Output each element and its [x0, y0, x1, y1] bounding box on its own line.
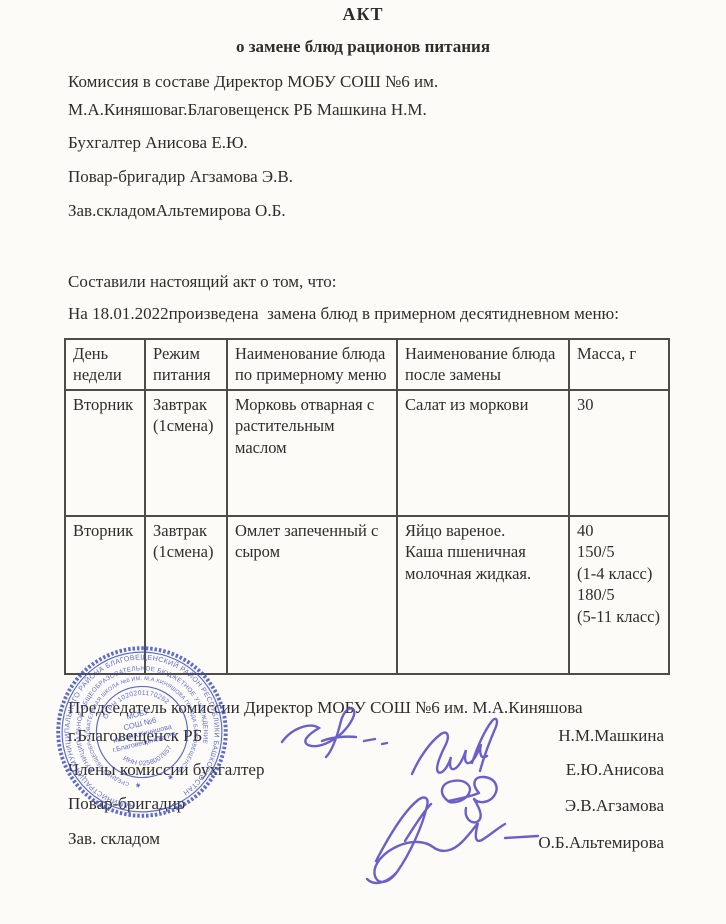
- commission-line-2: М.А.Киняшоваг.Благовещенск РБ Машкина Н.…: [68, 100, 427, 120]
- statement-line: Составили настоящий акт о том, что:: [68, 272, 337, 292]
- scanned-act-document: АКТ о замене блюд рационов питания Комис…: [0, 0, 726, 924]
- cell-dish-before: Морковь отварная с растительным маслом: [227, 390, 397, 516]
- change-line: На 18.01.2022произведена замена блюд в п…: [68, 304, 619, 324]
- table-header-row: День недели Режим питания Наименование б…: [65, 339, 669, 390]
- cell-day: Вторник: [65, 390, 145, 516]
- member-role-storekeeper: Зав. складом: [68, 829, 160, 849]
- round-official-stamp: АДМИНИСТРАЦИЯ МУНИЦИПАЛЬНОГО РАЙОНА БЛАГ…: [44, 634, 240, 830]
- cell-dish-after: Салат из моркови: [397, 390, 569, 516]
- chair-name: Н.М.Машкина: [558, 726, 664, 746]
- stamp-ring-inner-text: СРЕДНЯЯ ОБЩЕОБРАЗОВАТЕЛЬНАЯ ШКОЛА №6 ИМ.…: [74, 664, 208, 793]
- document-title: АКТ: [0, 4, 726, 25]
- commission-line-5: Зав.складомАльтемирова О.Б.: [68, 201, 286, 221]
- signature-agzamova: [442, 777, 497, 822]
- stamp-star-left: ✱: [135, 782, 142, 790]
- menu-replacement-table: День недели Режим питания Наименование б…: [64, 338, 670, 675]
- header-mass: Масса, г: [569, 339, 669, 390]
- stamp-star-right: ✱: [167, 774, 174, 782]
- header-day: День недели: [65, 339, 145, 390]
- document-subtitle: о замене блюд рационов питания: [0, 37, 726, 57]
- member-name-storekeeper: О.Б.Альтемирова: [538, 833, 664, 853]
- table-row: Вторник Завтрак (1смена) Морковь отварна…: [65, 390, 669, 516]
- cell-dish-after: Яйцо вареное. Каша пшеничная молочная жи…: [397, 516, 569, 674]
- cell-mass: 40 150/5 (1-4 класс) 180/5 (5-11 класс): [569, 516, 669, 674]
- header-dish-after: Наименование блюда после замены: [397, 339, 569, 390]
- cell-dish-before: Омлет запеченный с сыром: [227, 516, 397, 674]
- cell-meal: Завтрак (1смена): [145, 390, 227, 516]
- member-name-cook: Э.В.Агзамова: [565, 796, 664, 816]
- signature-altemirova: [367, 798, 538, 883]
- commission-line-3: Бухгалтер Анисова Е.Ю.: [68, 133, 248, 153]
- header-meal: Режим питания: [145, 339, 227, 390]
- svg-text:СРЕДНЯЯ ОБЩЕОБРАЗОВАТЕЛЬНАЯ ШК: СРЕДНЯЯ ОБЩЕОБРАЗОВАТЕЛЬНАЯ ШКОЛА №6 ИМ.…: [74, 664, 208, 793]
- commission-line-4: Повар-бригадир Агзамова Э.В.: [68, 167, 293, 187]
- member-name-accountant: Е.Ю.Анисова: [566, 760, 664, 780]
- cell-mass: 30: [569, 390, 669, 516]
- signature-anisova: [412, 719, 497, 774]
- commission-line-1: Комиссия в составе Директор МОБУ СОШ №6 …: [68, 72, 438, 92]
- header-dish-before: Наименование блюда по примерному меню: [227, 339, 397, 390]
